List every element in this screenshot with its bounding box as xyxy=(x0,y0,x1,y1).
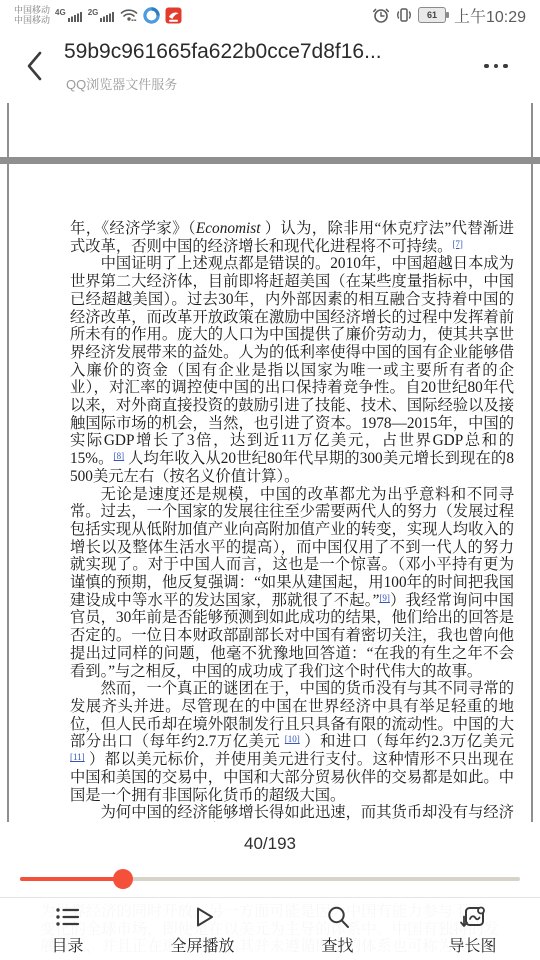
document-paragraph: 无论是速度还是规模，中国的改革都尤为出乎意料和不同寻常。过去，一个国家的发展往往… xyxy=(70,486,514,681)
body-text: ）都以美元标价，并使用美元进行支付。这种情形不只出现在中国和美国的交易中，中国和… xyxy=(70,751,514,803)
carrier-label: 中国移动 中国移动 xyxy=(14,5,50,25)
alarm-icon xyxy=(372,6,390,24)
signal-bars-sim2-icon: 2G xyxy=(88,7,116,23)
toc-button[interactable]: 目录 xyxy=(0,898,135,960)
status-bar: 中国移动 中国移动 4G 2G xyxy=(0,0,540,30)
fullscreen-play-icon xyxy=(190,904,216,930)
footnote-ref-link[interactable]: [9] xyxy=(379,593,390,603)
body-text: 人均年收入从20世纪80年代早期的300美元增长到现在的8 500美元左右（按名… xyxy=(70,450,514,485)
phone-screen: 中国移动 中国移动 4G 2G xyxy=(0,0,540,960)
qq-browser-app-icon xyxy=(143,7,160,24)
more-menu-button[interactable] xyxy=(476,54,516,78)
document-paragraph: 年，《经济学家》（Economist ）认为，除非用“休克疗法”代替渐进式改革，… xyxy=(70,220,514,255)
toc-list-icon xyxy=(54,904,81,930)
signal-bars-sim1-icon: 4G xyxy=(55,7,83,23)
bottom-toolbar-zone: 为世界经济的同时开放，另一方面可能是因为中国有能力参与不断变化的全球市场，即使是… xyxy=(0,897,540,960)
page-subtitle: QQ浏览器文件服务 xyxy=(66,74,177,93)
search-label: 查找 xyxy=(321,933,353,956)
page-separator xyxy=(0,157,540,164)
italic-text: Economist xyxy=(196,220,265,237)
export-long-image-button[interactable]: 导长图 xyxy=(405,898,540,960)
body-text: 为何中国的经济能够增长得如此迅速，而其货币却没有与经济增长并驾齐驱？在本章中，我… xyxy=(70,804,514,822)
vibrate-icon xyxy=(395,6,413,24)
page-progress-slider[interactable] xyxy=(20,870,520,888)
page-indicator: 40/193 xyxy=(0,834,540,854)
document-paragraph: 中国证明了上述观点都是错误的。2010年，中国超越日本成为世界第二大经济体，目前… xyxy=(70,255,514,485)
footnote-ref-link[interactable]: [7] xyxy=(452,239,463,249)
search-button[interactable]: 查找 xyxy=(270,898,405,960)
document-text: 年，《经济学家》（Economist ）认为，除非用“休克疗法”代替渐进式改革，… xyxy=(9,164,531,822)
battery-icon: 61 xyxy=(418,7,446,23)
export-long-image-label: 导长图 xyxy=(448,933,496,956)
slider-thumb[interactable] xyxy=(113,869,133,889)
toc-label: 目录 xyxy=(51,933,83,956)
document-paragraph: 为何中国的经济能够增长得如此迅速，而其货币却没有与经济增长并驾齐驱？在本章中，我… xyxy=(70,804,514,822)
footnote-ref-link[interactable]: [11] xyxy=(70,752,85,762)
chevron-left-icon xyxy=(22,48,48,84)
search-icon xyxy=(325,904,351,930)
red-app-icon xyxy=(165,7,182,24)
body-text: ）和进口（每年约2.3万亿美元 xyxy=(300,733,514,750)
wifi-icon xyxy=(120,7,138,23)
previous-page-bottom xyxy=(7,103,533,157)
body-text: 中国证明了上述观点都是错误的。2010年，中国超越日本成为世界第二大经济体，目前… xyxy=(70,255,514,467)
more-dots-icon xyxy=(484,64,489,69)
body-text: 年，《经济学家》（ xyxy=(70,220,196,237)
footnote-ref-link[interactable]: [8] xyxy=(114,451,125,461)
fullscreen-play-button[interactable]: 全屏播放 xyxy=(135,898,270,960)
bottom-toolbar: 目录 全屏播放 查找 xyxy=(0,897,540,960)
page-title: 59b9c961665fa622b0cce7d8f16... xyxy=(64,40,484,64)
back-button[interactable] xyxy=(22,48,48,84)
document-page[interactable]: 年，《经济学家》（Economist ）认为，除非用“休克疗法”代替渐进式改革，… xyxy=(7,164,533,822)
clock-time: 上午10:29 xyxy=(454,4,526,27)
export-long-image-icon xyxy=(459,904,487,930)
document-paragraph: 然而，一个真正的谜团在于，中国的货币没有与其不同寻常的发展齐头并进。尽管现在的中… xyxy=(70,680,514,804)
header: 59b9c961665fa622b0cce7d8f16... QQ浏览器文件服务 xyxy=(0,30,540,100)
body-text: 无论是速度还是规模，中国的改革都尤为出乎意料和不同寻常。过去，一个国家的发展往往… xyxy=(70,486,514,609)
slider-fill xyxy=(20,877,123,881)
fullscreen-play-label: 全屏播放 xyxy=(170,933,234,956)
footnote-ref-link[interactable]: [10] xyxy=(285,734,300,744)
